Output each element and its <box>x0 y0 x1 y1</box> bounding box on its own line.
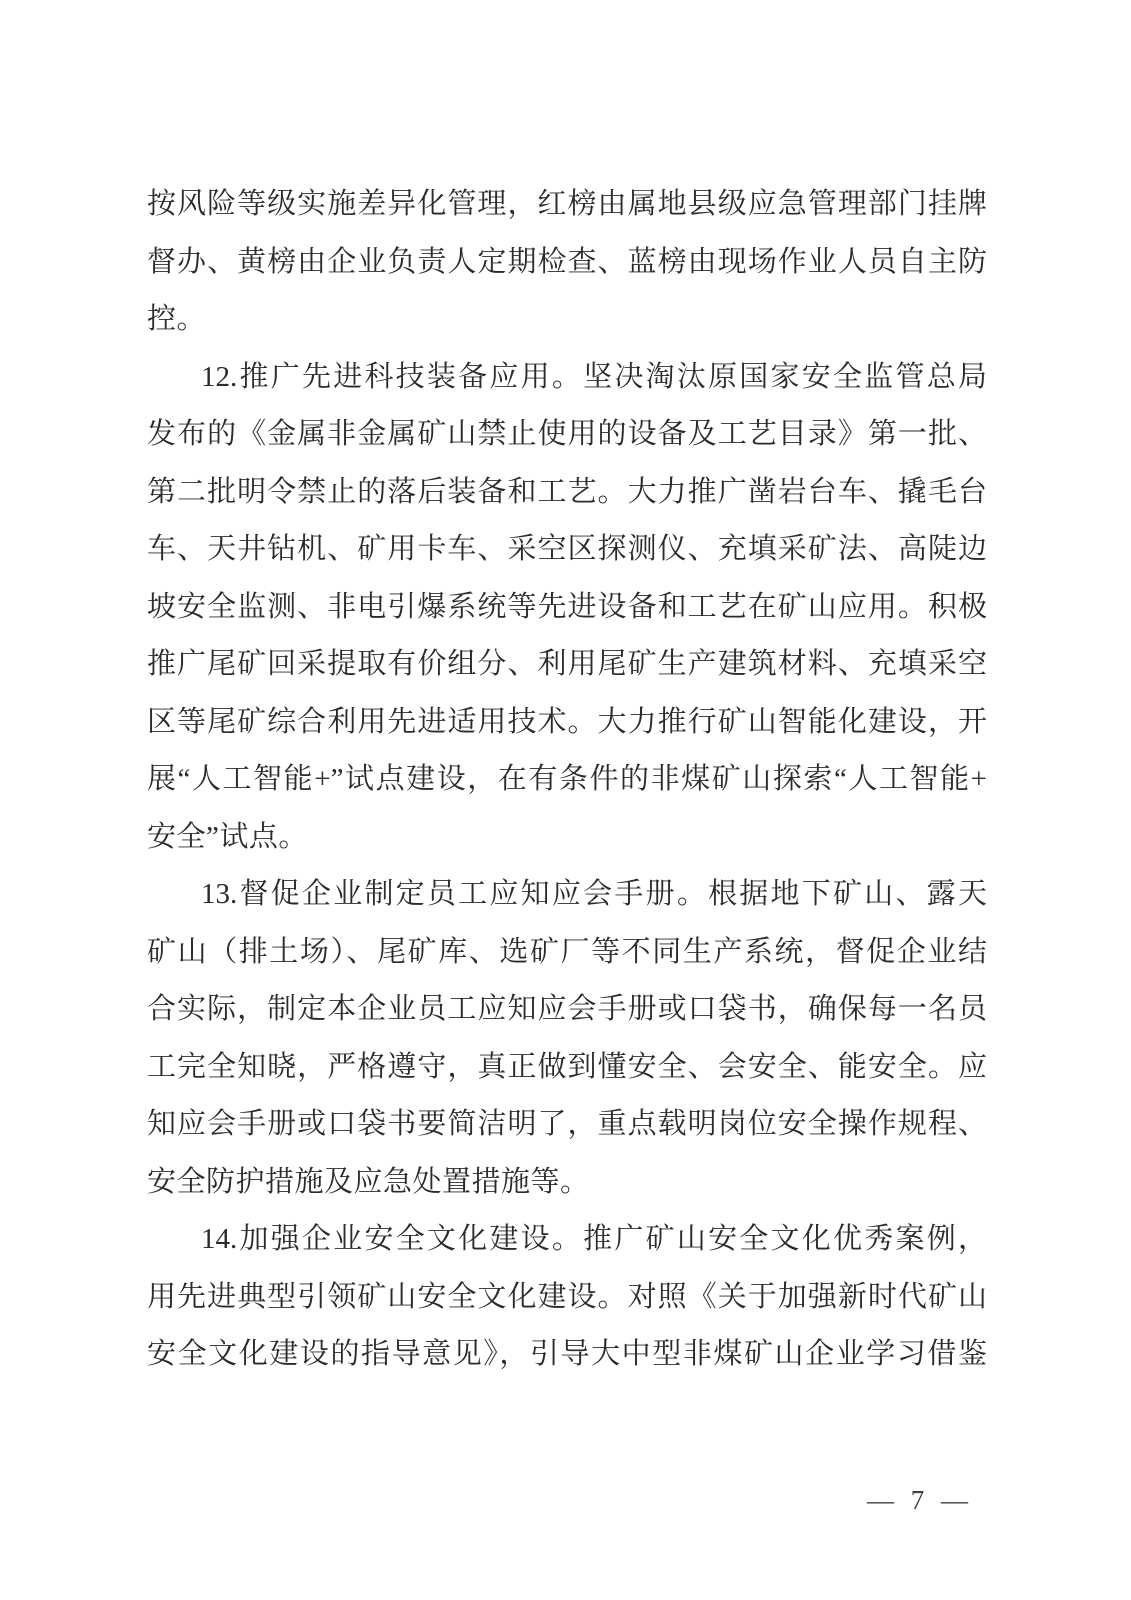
text-line: 控。 <box>147 291 987 349</box>
text-line: 矿山（排土场）、尾矿库、选矿厂等不同生产系统，督促企业结 <box>147 924 987 982</box>
text-line: 安全”试点。 <box>147 809 987 867</box>
text-line: 用先进典型引领矿山安全文化建设。对照《关于加强新时代矿山 <box>147 1269 987 1327</box>
paragraph-item-12: 12.推广先进科技装备应用。坚决淘汰原国家安全监管总局发布的《金属非金属矿山禁止… <box>147 349 987 867</box>
text-line: 区等尾矿综合利用先进适用技术。大力推行矿山智能化建设，开 <box>147 694 987 752</box>
text-line: 第二批明令禁止的落后装备和工艺。大力推广凿岩台车、撬毛台 <box>147 464 987 522</box>
text-line: 合实际，制定本企业员工应知应会手册或口袋书，确保每一名员 <box>147 981 987 1039</box>
document-page: 按风险等级实施差异化管理，红榜由属地县级应急管理部门挂牌督办、黄榜由企业负责人定… <box>0 0 1131 1600</box>
text-line: 安全防护措施及应急处置措施等。 <box>147 1154 987 1212</box>
text-line: 发布的《金属非金属矿山禁止使用的设备及工艺目录》第一批、 <box>147 406 987 464</box>
paragraph-item-14: 14.加强企业安全文化建设。推广矿山安全文化优秀案例，用先进典型引领矿山安全文化… <box>147 1211 987 1384</box>
text-line: 督办、黄榜由企业负责人定期检查、蓝榜由现场作业人员自主防 <box>147 234 987 292</box>
text-line: 坡安全监测、非电引爆系统等先进设备和工艺在矿山应用。积极 <box>147 579 987 637</box>
paragraph-continuation: 按风险等级实施差异化管理，红榜由属地县级应急管理部门挂牌督办、黄榜由企业负责人定… <box>147 176 987 349</box>
text-line: 安全文化建设的指导意见》，引导大中型非煤矿山企业学习借鉴 <box>147 1326 987 1384</box>
text-line: 展“人工智能+”试点建设，在有条件的非煤矿山探索“人工智能+ <box>147 751 987 809</box>
text-line: 知应会手册或口袋书要简洁明了，重点载明岗位安全操作规程、 <box>147 1096 987 1154</box>
page-number: — 7 — <box>867 1485 973 1516</box>
text-line: 车、天井钻机、矿用卡车、采空区探测仪、充填采矿法、高陡边 <box>147 521 987 579</box>
paragraph-item-13: 13.督促企业制定员工应知应会手册。根据地下矿山、露天矿山（排土场）、尾矿库、选… <box>147 866 987 1211</box>
text-line: 12.推广先进科技装备应用。坚决淘汰原国家安全监管总局 <box>147 349 987 407</box>
text-line: 14.加强企业安全文化建设。推广矿山安全文化优秀案例， <box>147 1211 987 1269</box>
text-line: 工完全知晓，严格遵守，真正做到懂安全、会安全、能安全。应 <box>147 1039 987 1097</box>
text-line: 推广尾矿回采提取有价组分、利用尾矿生产建筑材料、充填采空 <box>147 636 987 694</box>
text-line: 按风险等级实施差异化管理，红榜由属地县级应急管理部门挂牌 <box>147 176 987 234</box>
text-line: 13.督促企业制定员工应知应会手册。根据地下矿山、露天 <box>147 866 987 924</box>
document-body: 按风险等级实施差异化管理，红榜由属地县级应急管理部门挂牌督办、黄榜由企业负责人定… <box>147 176 987 1384</box>
